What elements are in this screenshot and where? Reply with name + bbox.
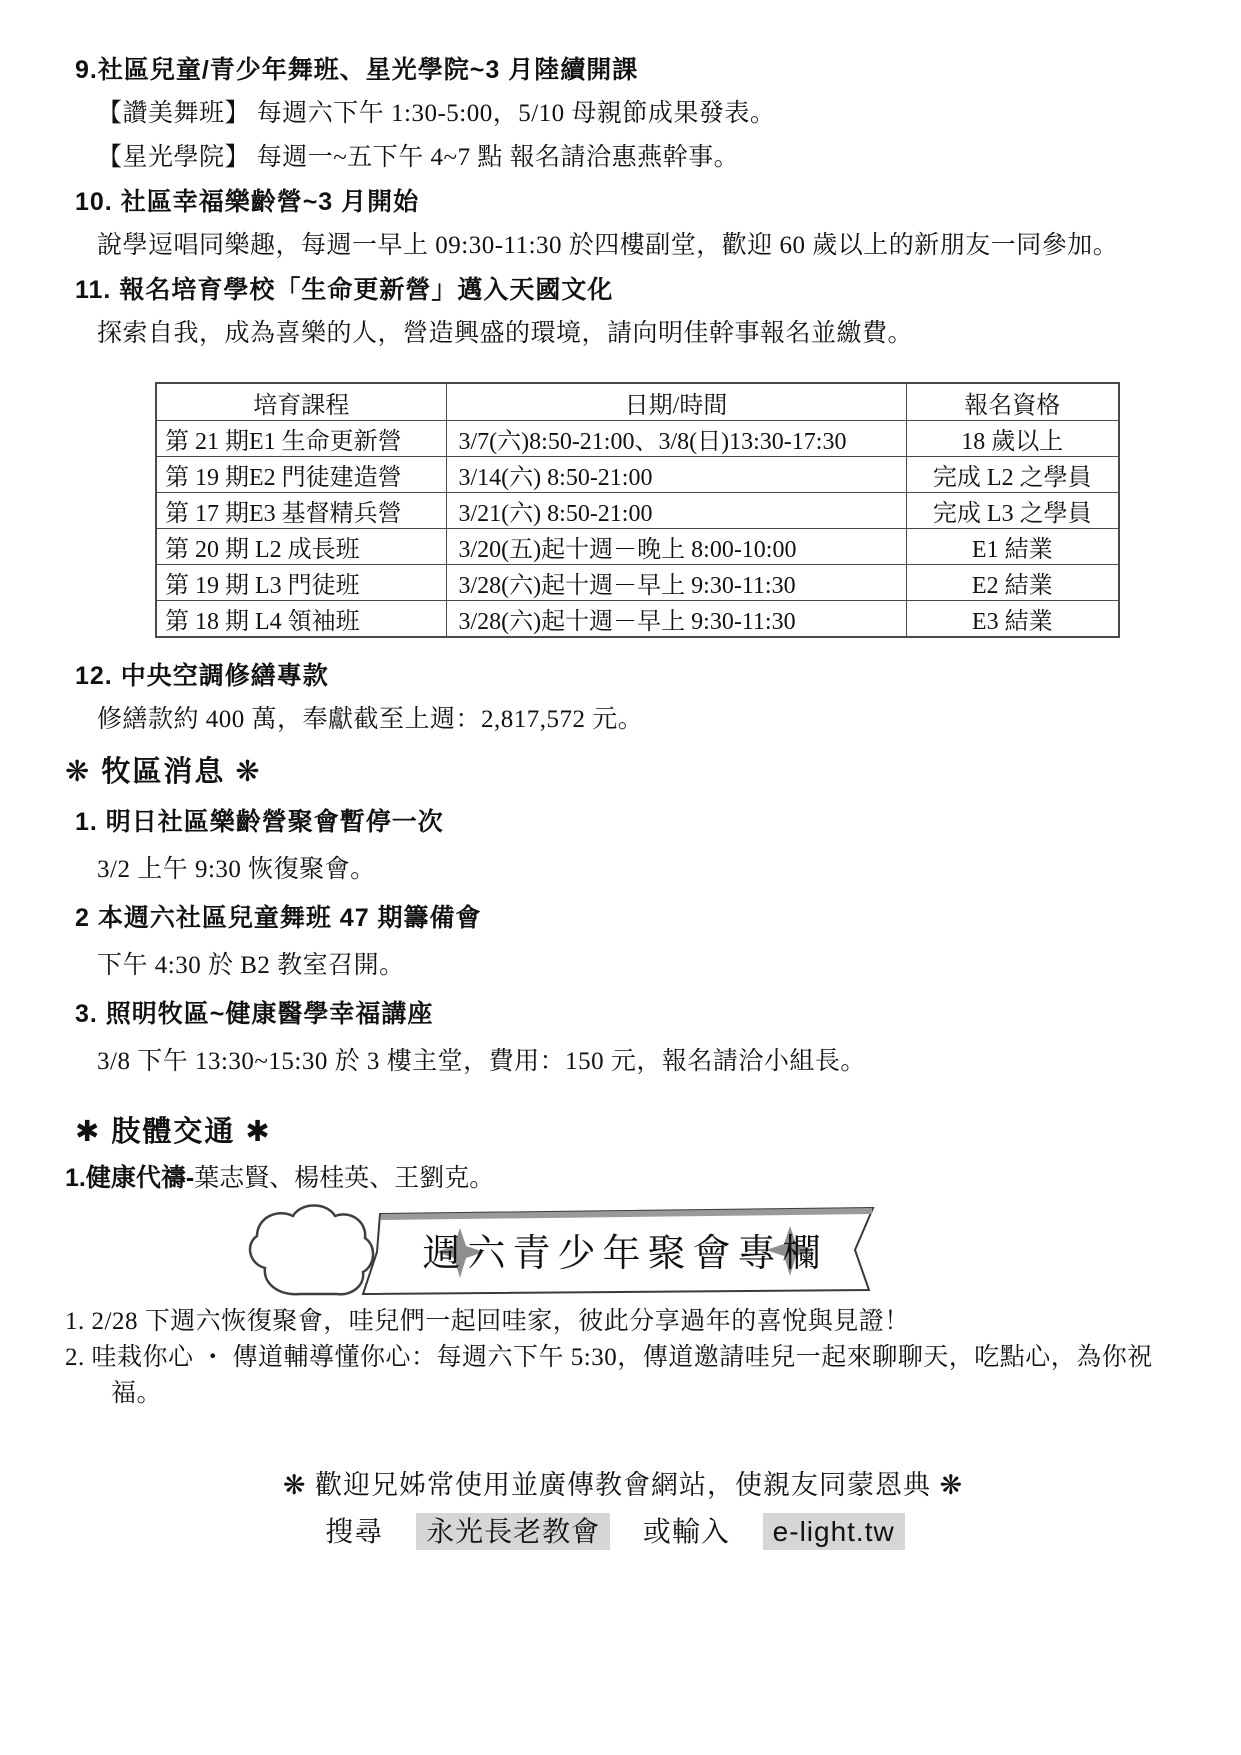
sub1-text: 每週六下午 1:30-5:00，5/10 母親節成果發表。	[257, 100, 776, 127]
announcement-12-body: 修繕款約 400 萬，奉獻截至上週：2,817,572 元。	[75, 698, 1171, 742]
table-row: 第 18 期 L4 領袖班 3/28(六)起十週－早上 9:30-11:30 E…	[156, 601, 1119, 638]
cell-qualification: 完成 L2 之學員	[906, 457, 1119, 493]
parish-item-1-title: 1. 明日社區樂齡營聚會暫停一次	[75, 800, 1171, 844]
cell-qualification: 完成 L3 之學員	[906, 493, 1119, 529]
table-row: 第 21 期E1 生命更新營 3/7(六)8:50-21:00、3/8(日)13…	[156, 421, 1119, 457]
parish-item-2-body: 下午 4:30 於 B2 教室召開。	[75, 944, 1171, 988]
or-label: 或輸入	[643, 1516, 730, 1547]
cell-course: 第 18 期 L4 領袖班	[156, 601, 446, 638]
youth-item-1: 1. 2/28 下週六恢復聚會，哇兒們一起回哇家，彼此分享過年的喜悅與見證！	[65, 1304, 1171, 1340]
fellowship-item-label: 1.健康代禱-	[65, 1164, 194, 1192]
fellowship-item-names: 葉志賢、楊桂英、王劉克。	[194, 1165, 494, 1192]
announcement-10-title: 10. 社區幸福樂齡營~3 月開始	[75, 180, 1171, 224]
fellowship-header: ✱ 肢體交通 ✱	[75, 1108, 1171, 1156]
parish-item-2-title: 2 本週六社區兒童舞班 47 期籌備會	[75, 896, 1171, 940]
cell-datetime: 3/28(六)起十週－早上 9:30-11:30	[446, 601, 906, 638]
cell-datetime: 3/21(六) 8:50-21:00	[446, 493, 906, 529]
announcement-11-body: 探索自我，成為喜樂的人，營造興盛的環境，請向明佳幹事報名並繳費。	[75, 312, 1171, 356]
parish-news-header: ❋ 牧區消息 ❋	[65, 748, 1171, 796]
cell-course: 第 19 期E2 門徒建造營	[156, 457, 446, 493]
cell-datetime: 3/20(五)起十週－晚上 8:00-10:00	[446, 529, 906, 565]
youth-banner-graphic: 週六青少年聚會專欄	[205, 1202, 895, 1304]
col-header-datetime: 日期/時間	[446, 383, 906, 421]
cell-course: 第 21 期E1 生命更新營	[156, 421, 446, 457]
col-header-qualification: 報名資格	[906, 383, 1119, 421]
parish-item-3-title: 3. 照明牧區~健康醫學幸福講座	[75, 992, 1171, 1036]
cell-qualification: E2 結業	[906, 565, 1119, 601]
footer-website-note: ❋ 歡迎兄姊常使用並廣傳教會網站，使親友同蒙恩典 ❋	[75, 1462, 1171, 1508]
announcement-12-title: 12. 中央空調修繕專款	[75, 654, 1171, 698]
cell-datetime: 3/7(六)8:50-21:00、3/8(日)13:30-17:30	[446, 421, 906, 457]
table-row: 第 20 期 L2 成長班 3/20(五)起十週－晚上 8:00-10:00 E…	[156, 529, 1119, 565]
announcement-9-sub1: 【讚美舞班】 每週六下午 1:30-5:00，5/10 母親節成果發表。	[75, 92, 1171, 136]
bracket-tag: 【讚美舞班】	[97, 100, 250, 127]
search-term-highlighted: 永光長老教會	[416, 1513, 610, 1550]
parish-item-3-body: 3/8 下午 13:30~15:30 於 3 樓主堂，費用：150 元，報名請洽…	[75, 1040, 1171, 1084]
youth-item-2: 2. 哇栽你心 ・ 傳道輔導懂你心：每週六下午 5:30，傳道邀請哇兒一起來聊聊…	[65, 1340, 1171, 1376]
table-row: 第 19 期 L3 門徒班 3/28(六)起十週－早上 9:30-11:30 E…	[156, 565, 1119, 601]
search-label: 搜尋	[325, 1516, 383, 1547]
youth-item-2-continuation: 福。	[65, 1376, 1171, 1412]
announcement-9-title: 9.社區兒童/青少年舞班、星光學院~3 月陸續開課	[75, 48, 1171, 92]
bracket-tag: 【星光學院】	[97, 144, 250, 171]
col-header-course: 培育課程	[156, 383, 446, 421]
cell-qualification: E3 結業	[906, 601, 1119, 638]
training-course-table: 培育課程 日期/時間 報名資格 第 21 期E1 生命更新營 3/7(六)8:5…	[155, 382, 1120, 638]
table-row: 第 19 期E2 門徒建造營 3/14(六) 8:50-21:00 完成 L2 …	[156, 457, 1119, 493]
fellowship-item-1: 1.健康代禱-葉志賢、楊桂英、王劉克。	[65, 1156, 1171, 1200]
website-url-highlighted: e-light.tw	[763, 1513, 905, 1550]
cell-qualification: 18 歲以上	[906, 421, 1119, 457]
announcement-11-title: 11. 報名培育學校「生命更新營」邁入天國文化	[75, 268, 1171, 312]
table-row: 第 17 期E3 基督精兵營 3/21(六) 8:50-21:00 完成 L3 …	[156, 493, 1119, 529]
cell-qualification: E1 結業	[906, 529, 1119, 565]
cloud-icon	[250, 1206, 373, 1295]
cell-course: 第 17 期E3 基督精兵營	[156, 493, 446, 529]
table-header-row: 培育課程 日期/時間 報名資格	[156, 383, 1119, 421]
footer-search-line: 搜尋 永光長老教會 或輸入 e-light.tw	[75, 1508, 1171, 1556]
announcement-9-sub2: 【星光學院】 每週一~五下午 4~7 點 報名請洽惠燕幹事。	[75, 136, 1171, 180]
youth-banner: 週六青少年聚會專欄	[205, 1202, 1171, 1304]
sub2-text: 每週一~五下午 4~7 點 報名請洽惠燕幹事。	[257, 144, 739, 171]
youth-banner-title: 週六青少年聚會專欄	[422, 1233, 827, 1275]
footer: ❋ 歡迎兄姊常使用並廣傳教會網站，使親友同蒙恩典 ❋ 搜尋 永光長老教會 或輸入…	[75, 1462, 1171, 1556]
announcement-10-body: 說學逗唱同樂趣，每週一早上 09:30-11:30 於四樓副堂，歡迎 60 歲以…	[75, 224, 1171, 268]
cell-datetime: 3/28(六)起十週－早上 9:30-11:30	[446, 565, 906, 601]
parish-item-1-body: 3/2 上午 9:30 恢復聚會。	[75, 848, 1171, 892]
cell-course: 第 20 期 L2 成長班	[156, 529, 446, 565]
cell-datetime: 3/14(六) 8:50-21:00	[446, 457, 906, 493]
bulletin-page: 9.社區兒童/青少年舞班、星光學院~3 月陸續開課 【讚美舞班】 每週六下午 1…	[0, 0, 1241, 1755]
cell-course: 第 19 期 L3 門徒班	[156, 565, 446, 601]
